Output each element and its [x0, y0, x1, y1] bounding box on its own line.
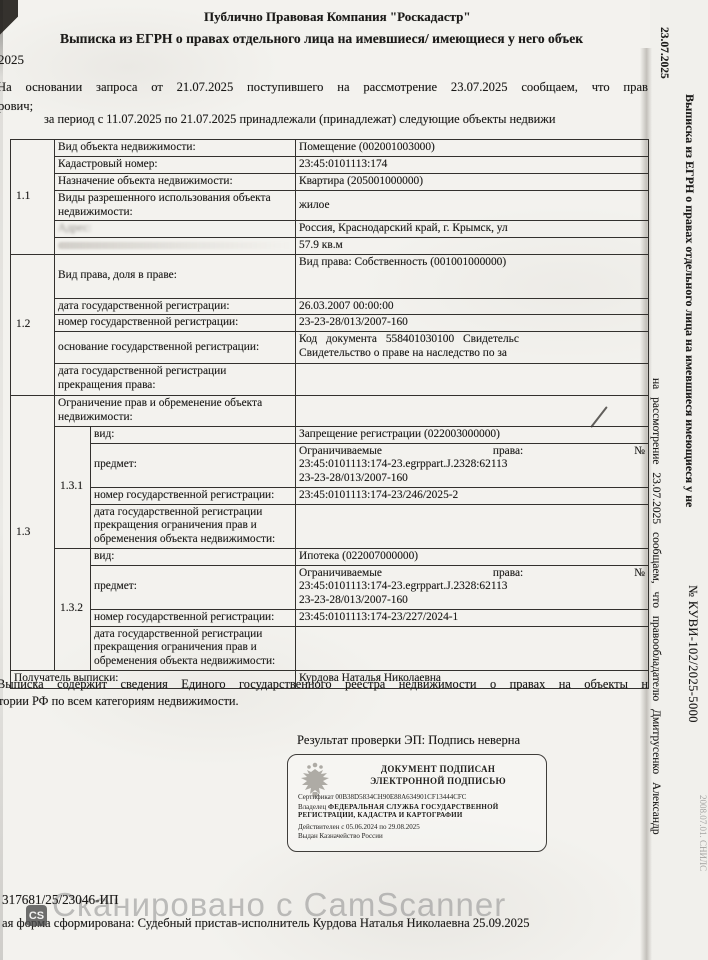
subject-line3: 23-23-28/013/2007-160 [299, 472, 645, 486]
scanned-egrn-document: Публично Правовая Компания "Роскадастр" … [0, 0, 708, 960]
scan-left-edge [0, 0, 3, 960]
subject-line1: Ограничиваемые права: № [299, 445, 645, 459]
cadastral-label: Кадастровый номер: [55, 157, 296, 174]
section-1-3-1-number: 1.3.1 [55, 426, 91, 548]
owner-label: Владелец [298, 803, 326, 811]
table-row: 1.2 Вид права, доля в праве: Вид права: … [11, 254, 649, 298]
basis-label: основание государственной регистрации: [55, 332, 296, 364]
stamp-title-line1: ДОКУМЕНТ ПОДПИСАН [340, 764, 536, 774]
vertical-faint-text: 2008.07.01. СНИЛС [698, 795, 708, 871]
signature-check-result: Результат проверки ЭП: Подпись неверна [297, 733, 520, 748]
stamp-certificate-line: Сертификат 00B38D5834CH90E88A634901CF134… [298, 793, 538, 801]
basis-value-line2: Свидетельство о праве на наследство по з… [299, 347, 645, 361]
subject-line1-word2: права: [493, 567, 523, 581]
subject-line1-word2: права: [493, 445, 523, 459]
stamp-owner-line: Владелец ФЕДЕРАЛЬНАЯ СЛУЖБА ГОСУДАРСТВЕН… [298, 803, 538, 820]
restriction2-reg-number-label: номер государственной регистрации: [91, 609, 296, 626]
table-row: Виды разрешенного использования объекта … [11, 191, 649, 221]
date-fragment: 2025 [0, 52, 24, 68]
section-1-2-number: 1.2 [11, 254, 55, 395]
restriction-header-label: Ограничение прав и обременение объекта н… [55, 396, 296, 426]
camscanner-logo-icon: CS [26, 905, 47, 926]
section-1-1-number: 1.1 [11, 140, 55, 255]
intro-line-3: за период с 11.07.2025 по 21.07.2025 при… [44, 112, 555, 127]
subject-line3: 23-23-28/013/2007-160 [299, 594, 645, 608]
restriction2-kind-value: Ипотека (022007000000) [296, 548, 649, 565]
permitted-use-label: Виды разрешенного использования объекта … [55, 191, 296, 221]
document-title: Выписка из ЕГРН о правах отдельного лица… [60, 31, 648, 47]
table-row: 1.1 Вид объекта недвижимости: Помещение … [11, 140, 649, 157]
subject-line1-word1: Ограничиваемые [299, 445, 382, 459]
restriction1-subject-label: предмет: [91, 443, 296, 487]
case-number: 317681/25/23046-ИП [2, 892, 119, 908]
table-row: Кадастровый номер: 23:45:0101113:174 [11, 157, 649, 174]
object-kind-label: Вид объекта недвижимости: [55, 140, 296, 157]
reg-number-value: 23-23-28/013/2007-160 [296, 315, 649, 332]
table-row: дата государственной регистрации прекращ… [11, 626, 649, 670]
reg-date-value: 26.03.2007 00:00:00 [296, 298, 649, 315]
cadastral-value: 23:45:0101113:174 [296, 157, 649, 174]
subject-line2: 23:45:0101113:174-23.egrppart.J.2328:621… [299, 458, 645, 472]
termination-date-value [296, 364, 649, 396]
owner-value: ФЕДЕРАЛЬНАЯ СЛУЖБА ГОСУДАРСТВЕННОЙ РЕГИС… [298, 803, 498, 819]
intro-line-1: На основании запроса от 21.07.2025 посту… [0, 80, 648, 95]
vertical-request-line: на рассмотрение 23.07.2025 сообщаем, что… [650, 378, 662, 835]
subject-line1-word3: № [634, 445, 645, 459]
subject-line2: 23:45:0101113:174-23.egrppart.J.2328:621… [299, 580, 645, 594]
formed-by-line: ая форма сформирована: Судебный пристав-… [2, 916, 530, 931]
restriction2-subject-value: Ограничиваемые права: № 23:45:0101113:17… [296, 565, 649, 609]
section-1-3-number: 1.3 [11, 396, 55, 671]
electronic-signature-stamp: ДОКУМЕНТ ПОДПИСАН ЭЛЕКТРОННОЙ ПОДПИСЬЮ С… [287, 754, 547, 852]
table-row: 1.3 Ограничение прав и обременение объек… [11, 396, 649, 426]
object-kind-value: Помещение (002001003000) [296, 140, 649, 157]
stamp-issuer-line: Выдан Казначейство России [298, 832, 538, 840]
restriction1-kind-label: вид: [91, 426, 296, 443]
section-1-3-2-number: 1.3.2 [55, 548, 91, 670]
restriction1-subject-value: Ограничиваемые права: № 23:45:0101113:17… [296, 443, 649, 487]
restriction1-reg-number-value: 23:45:0101113:174-23/246/2025-2 [296, 487, 649, 504]
certificate-label: Сертификат [298, 793, 334, 801]
stamp-title-line2: ЭЛЕКТРОННОЙ ПОДПИСЬЮ [340, 776, 536, 786]
table-row: 1.3.2 вид: Ипотека (022007000000) [11, 548, 649, 565]
subject-line1: Ограничиваемые права: № [299, 567, 645, 581]
stamp-validity-line: Действителен с 05.06.2024 по 29.08.2025 [298, 823, 538, 831]
restriction1-kind-value: Запрещение регистрации (022003000000) [296, 426, 649, 443]
restriction1-termination-value [296, 504, 649, 548]
termination-date-label: дата государственной регистрации прекращ… [55, 364, 296, 396]
table-row: номер государственной регистрации: 23:45… [11, 487, 649, 504]
certificate-value: 00B38D5834CH90E88A634901CF13444CFC [335, 793, 466, 801]
intro-line-2: рович; [0, 99, 33, 114]
restriction2-reg-number-value: 23:45:0101113:174-23/227/2024-1 [296, 609, 649, 626]
table-row: дата государственной регистрации: 26.03.… [11, 298, 649, 315]
right-kind-label: Вид права, доля в праве: [55, 254, 296, 298]
address-label-text: Адрес: [58, 222, 91, 234]
restriction2-termination-label: дата государственной регистрации прекращ… [91, 626, 296, 670]
reg-number-label: номер государственной регистрации: [55, 315, 296, 332]
purpose-label: Назначение объекта недвижимости: [55, 174, 296, 191]
table-row: 1.3.1 вид: Запрещение регистрации (02200… [11, 426, 649, 443]
table-row: 57.9 кв.м [11, 238, 649, 255]
table-row: Назначение объекта недвижимости: Квартир… [11, 174, 649, 191]
egrn-table: 1.1 Вид объекта недвижимости: Помещение … [10, 139, 649, 689]
vertical-kuvi-number: № КУВИ-102/2025-5000 [685, 585, 700, 723]
basis-value: Код документа 558401030100 Свидетельс Св… [296, 332, 649, 364]
vertical-title: Выписка из ЕГРН о правах отдельного лица… [682, 94, 697, 507]
table-row: основание государственной регистрации: К… [11, 332, 649, 364]
area-label-smudged [55, 238, 296, 255]
subject-line1-word1: Ограничиваемые [299, 567, 382, 581]
table-row: дата государственной регистрации прекращ… [11, 364, 649, 396]
restriction2-subject-label: предмет: [91, 565, 296, 609]
restriction1-termination-label: дата государственной регистрации прекращ… [91, 504, 296, 548]
reg-date-label: дата государственной регистрации: [55, 298, 296, 315]
basis-value-line1: Код документа 558401030100 Свидетельс [299, 333, 645, 347]
vertical-date: 23.07.2025 [658, 27, 670, 79]
table-row: Адрес: Россия, Краснодарский край, г. Кр… [11, 221, 649, 238]
company-name: Публично Правовая Компания "Роскадастр" [204, 9, 471, 25]
restriction2-termination-value [296, 626, 649, 670]
restriction1-reg-number-label: номер государственной регистрации: [91, 487, 296, 504]
table-row: предмет: Ограничиваемые права: № 23:45:0… [11, 443, 649, 487]
ink-smear [58, 242, 292, 249]
address-label-smudged: Адрес: [55, 221, 296, 238]
purpose-value: Квартира (205001000000) [296, 174, 649, 191]
right-kind-value: Вид права: Собственность (001001000000) [296, 254, 649, 298]
footer-note-line1: Выписка содержит сведения Единого госуда… [0, 677, 648, 692]
footer-note-line2: тории РФ по всем категориям недвижимости… [0, 694, 239, 709]
table-row: предмет: Ограничиваемые права: № 23:45:0… [11, 565, 649, 609]
permitted-use-value: жилое [296, 191, 649, 221]
table-row: номер государственной регистрации: 23-23… [11, 315, 649, 332]
restriction2-kind-label: вид: [91, 548, 296, 565]
area-value: 57.9 кв.м [296, 238, 649, 255]
table-row: номер государственной регистрации: 23:45… [11, 609, 649, 626]
table-row: дата государственной регистрации прекращ… [11, 504, 649, 548]
address-value: Россия, Краснодарский край, г. Крымск, у… [296, 221, 649, 238]
subject-line1-word3: № [634, 567, 645, 581]
